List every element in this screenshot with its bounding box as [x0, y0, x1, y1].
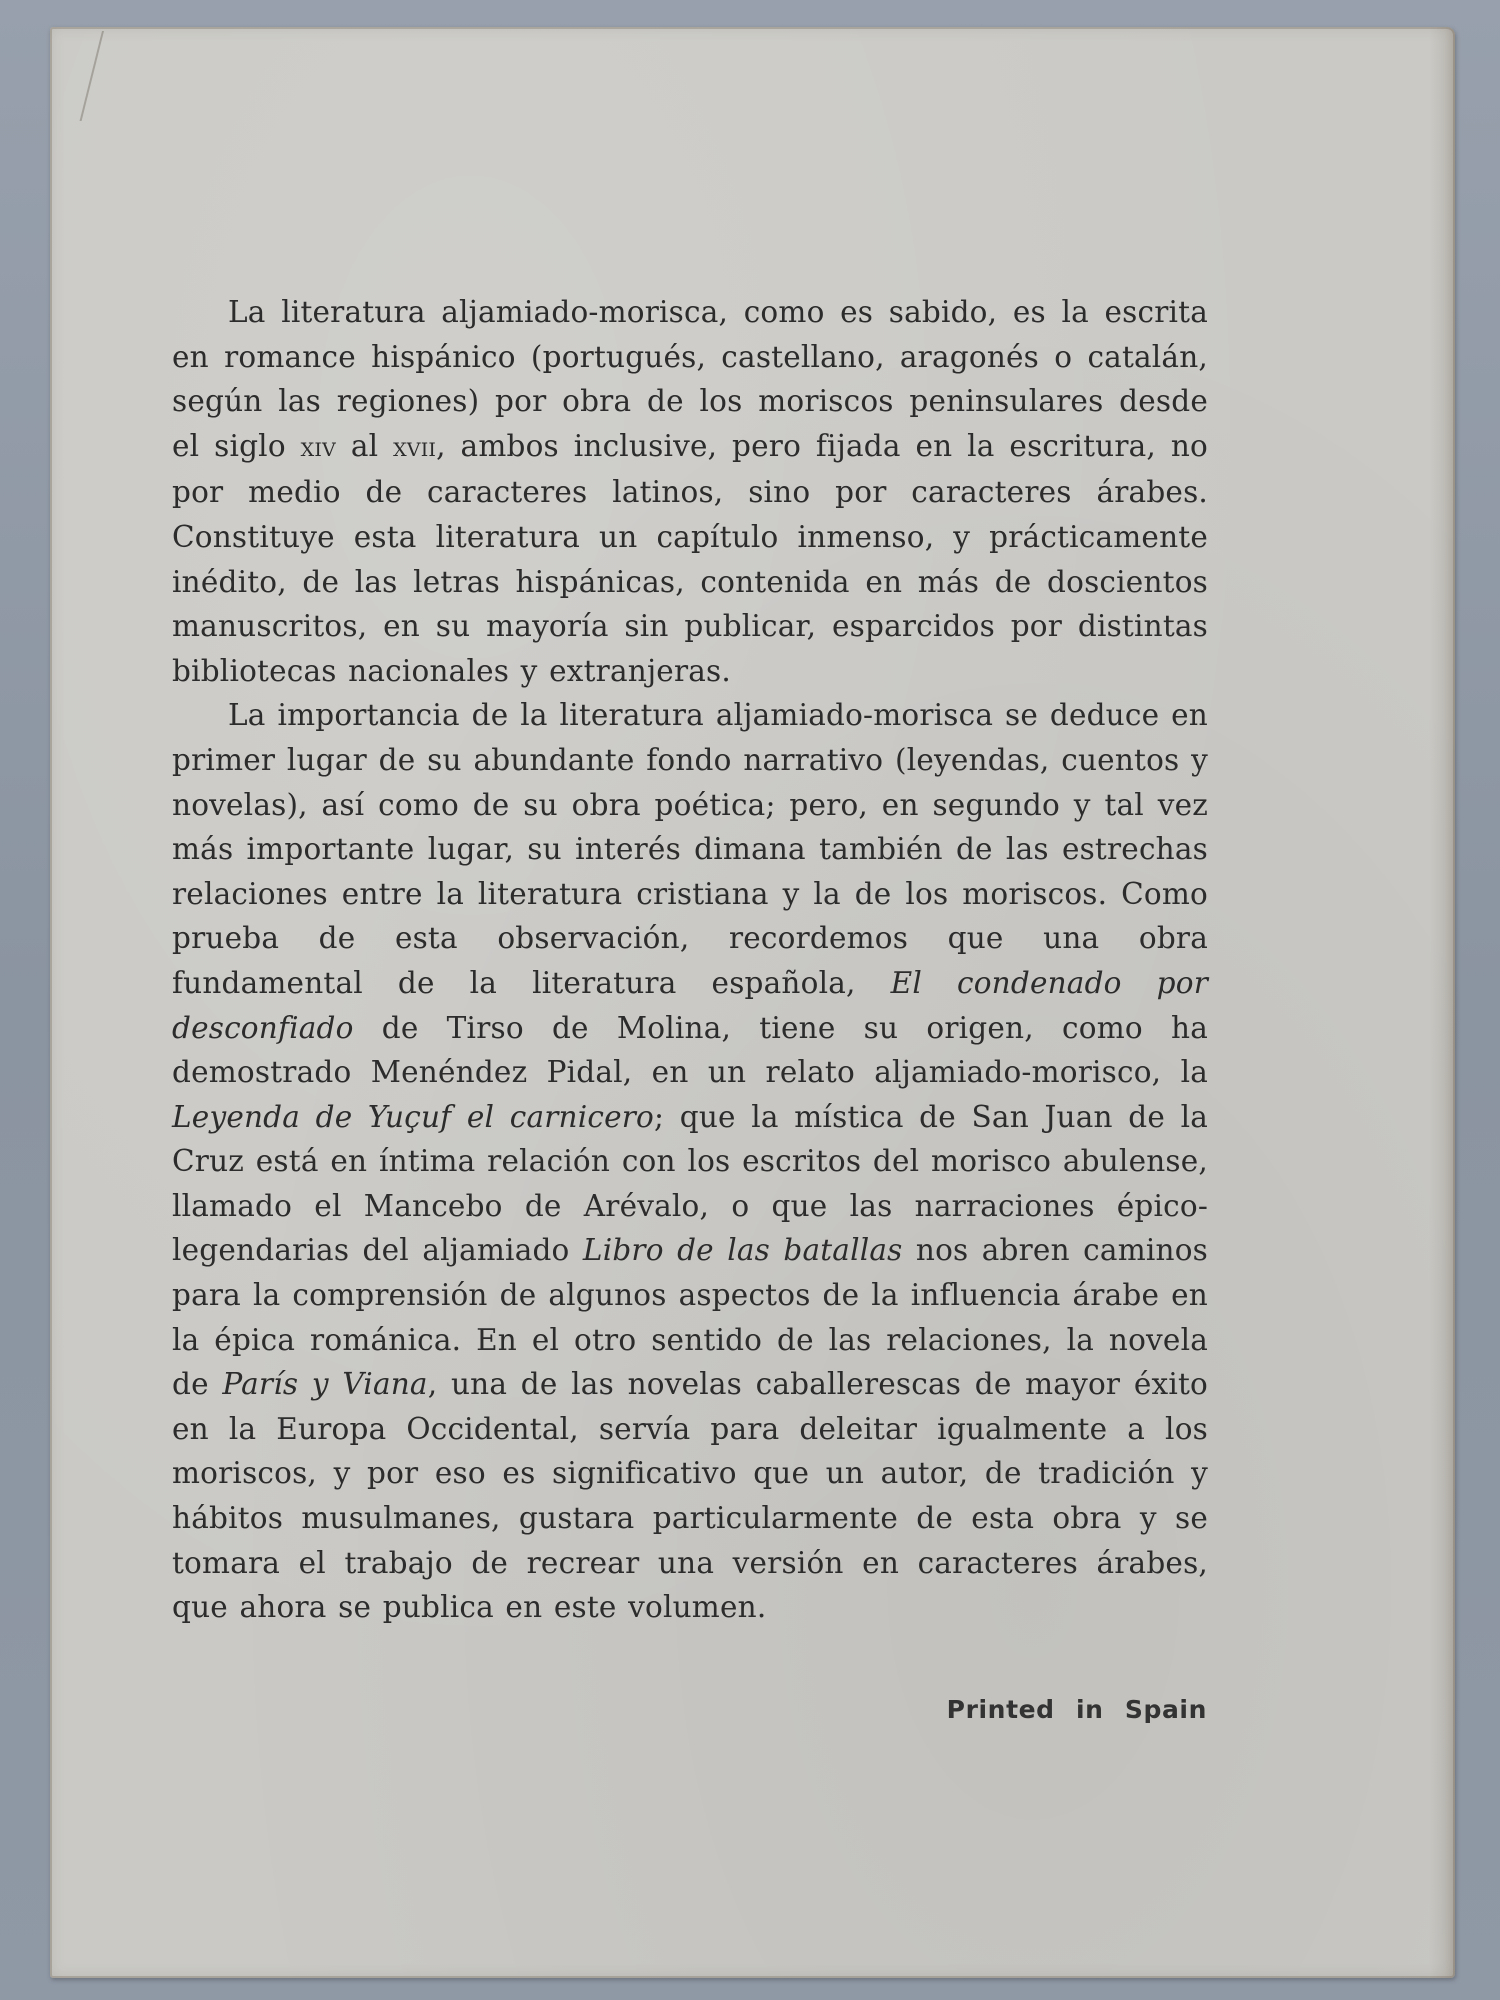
- printed-in-spain-imprint: Printed in Spain: [937, 1695, 1207, 1724]
- century-xvii: xvii: [393, 432, 436, 463]
- title-libro-batallas: Libro de las batallas: [583, 1233, 903, 1267]
- blurb-text: La literatura aljamiado-morisca, como es…: [172, 290, 1208, 1630]
- p2-run-8: , una de las novelas caballerescas de ma…: [172, 1367, 1208, 1624]
- title-paris-viana: París y Viana: [222, 1367, 427, 1401]
- century-xiv: xiv: [301, 432, 336, 463]
- title-leyenda-yucuf: Leyenda de Yuçuf el carnicero: [172, 1100, 654, 1134]
- paragraph-1: La literatura aljamiado-morisca, como es…: [172, 290, 1208, 693]
- p1-run-4: , ambos inclusive, pero fijada en la esc…: [172, 429, 1208, 688]
- p2-run-0: La importancia de la literatura aljamiad…: [172, 698, 1208, 1000]
- paragraph-2: La importancia de la literatura aljamiad…: [172, 693, 1208, 1629]
- p1-run-2: al: [336, 429, 393, 463]
